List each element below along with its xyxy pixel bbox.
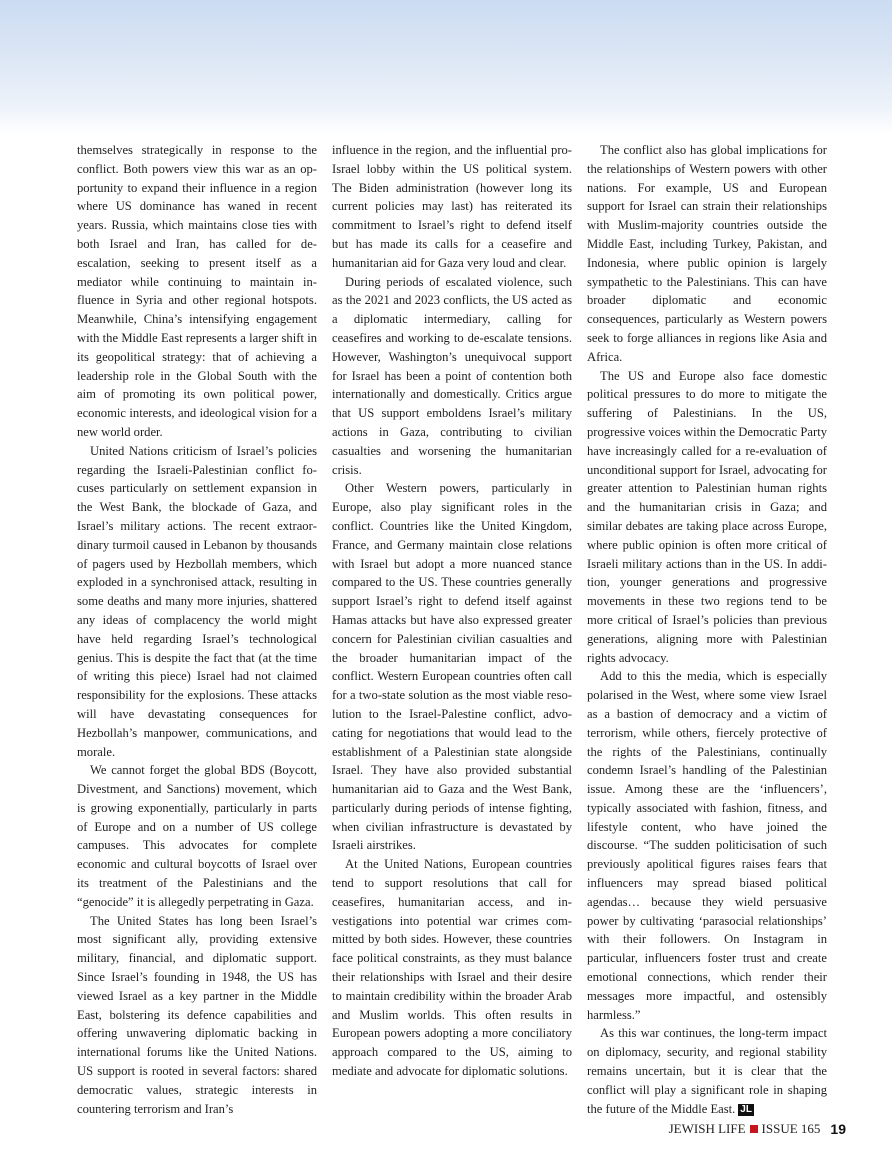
paragraph-text: As this war continues, the long-term im­… — [587, 1026, 827, 1115]
final-paragraph: As this war continues, the long-term im­… — [587, 1024, 827, 1118]
red-square-separator-icon — [750, 1125, 758, 1133]
page-number: 19 — [830, 1121, 846, 1137]
paragraph: At the United Nations, European coun­tri… — [332, 855, 572, 1081]
column-1: themselves strategically in response to … — [77, 141, 317, 1118]
article-body: themselves strategically in response to … — [77, 141, 827, 1118]
issue-number: ISSUE 165 — [762, 1121, 821, 1137]
paragraph: Other Western powers, particularly in Eu… — [332, 479, 572, 855]
paragraph: United Nations criticism of Israel’s pol… — [77, 442, 317, 762]
paragraph: The conflict also has global implication… — [587, 141, 827, 367]
header-gradient-band — [0, 0, 892, 135]
paragraph: During periods of escalated violence, su… — [332, 273, 572, 480]
paragraph: influence in the region, and the influen… — [332, 141, 572, 273]
paragraph: Add to this the media, which is especial… — [587, 667, 827, 1024]
column-2: influence in the region, and the influen… — [332, 141, 572, 1118]
paragraph: The United States has long been Israel’s… — [77, 912, 317, 1119]
page-footer: JEWISH LIFE ISSUE 165 19 — [669, 1121, 846, 1137]
column-3: The conflict also has global implication… — [587, 141, 827, 1118]
paragraph: We cannot forget the global BDS (Boy­cot… — [77, 761, 317, 911]
jl-end-mark-icon: JL — [738, 1104, 754, 1116]
paragraph: The US and Europe also face domestic pol… — [587, 367, 827, 668]
publication-name: JEWISH LIFE — [669, 1121, 746, 1137]
paragraph: themselves strategically in response to … — [77, 141, 317, 442]
